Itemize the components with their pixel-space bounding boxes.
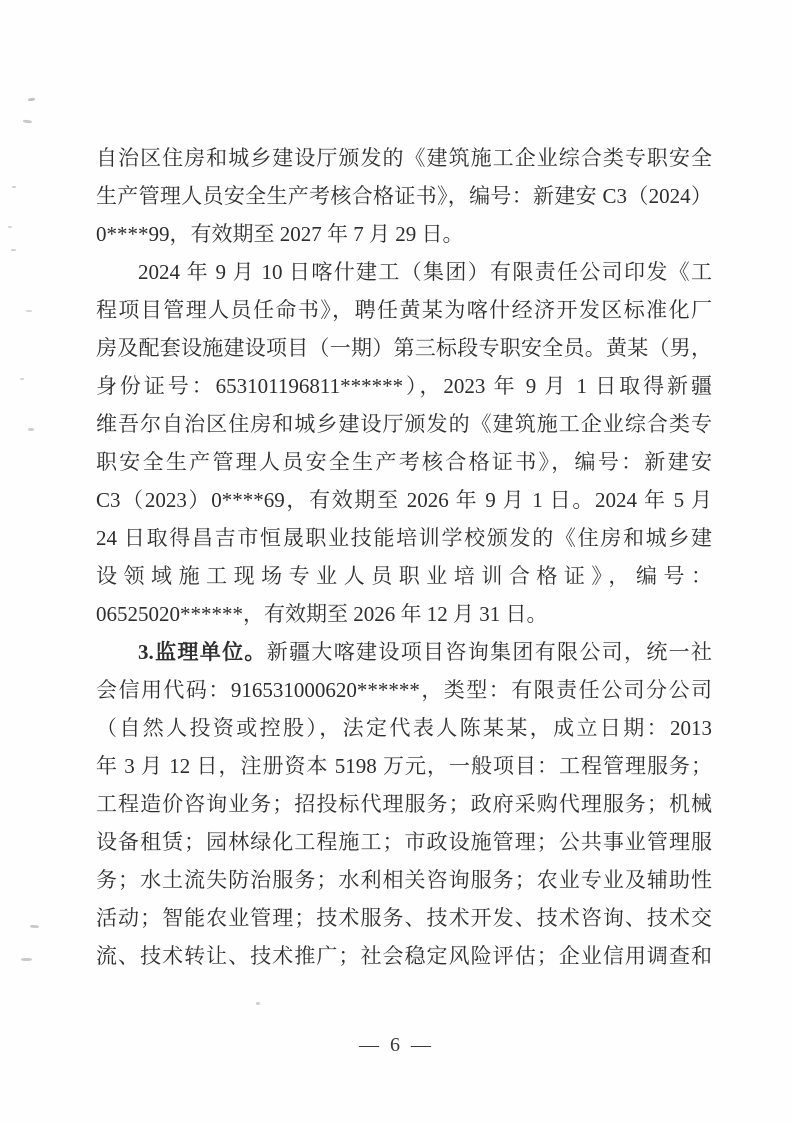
text-line-8: 维吾尔自治区住房和城乡建设厅颁发的《建筑施工企业综合类专	[96, 405, 712, 443]
scan-speck	[12, 186, 16, 188]
text-line-17: 年 3 月 12 日，注册资本 5198 万元，一般项目：工程管理服务；	[96, 747, 712, 785]
text-segment: 程项目管理人员任命书》，聘任黄某为喀什经济开发区标准化厂	[96, 298, 712, 322]
text-segment: 维吾尔自治区住房和城乡建设厅颁发的《建筑施工企业综合类专	[96, 412, 712, 436]
text-line-4: 2024 年 9 月 10 日喀什建工（集团）有限责任公司印发《工	[96, 253, 712, 291]
text-line-13: 06525020******，有效期至 2026 年 12 月 31 日。	[96, 595, 712, 633]
text-segment: C3（2023）0****69，有效期至 2026 年 9 月 1 日。2024…	[96, 488, 712, 512]
scan-speck	[28, 428, 34, 431]
text-line-10: C3（2023）0****69，有效期至 2026 年 9 月 1 日。2024…	[96, 481, 712, 519]
text-line-20: 务；水土流失防治服务；水利相关咨询服务；农业专业及辅助性	[96, 861, 712, 899]
text-segment: 身份证号：653101196811******），2023 年 9 月 1 日取…	[96, 374, 712, 398]
text-line-5: 程项目管理人员任命书》，聘任黄某为喀什经济开发区标准化厂	[96, 291, 712, 329]
text-segment: 职安全生产管理人员安全生产考核合格证书》，编号：新建安	[96, 450, 712, 474]
scan-speck	[256, 1002, 260, 1005]
text-line-7: 身份证号：653101196811******），2023 年 9 月 1 日取…	[96, 367, 712, 405]
scan-speck	[8, 226, 12, 228]
bold-text-segment: 3.监理单位。	[138, 640, 267, 664]
text-segment: 房及配套设施建设项目（一期）第三标段专职安全员。黄某（男，	[96, 336, 712, 360]
text-line-3: 0****99，有效期至 2027 年 7 月 29 日。	[96, 215, 712, 253]
text-segment: 会信用代码：916531000620******，类型：有限责任公司分公司	[96, 678, 712, 702]
scanned-document-page: 自治区住房和城乡建设厅颁发的《建筑施工企业综合类专职安全生产管理人员安全生产考核…	[0, 0, 793, 1122]
text-segment: 设备租赁；园林绿化工程施工；市政设施管理；公共事业管理服	[96, 830, 712, 854]
text-segment: 生产管理人员安全生产考核合格证书》，编号：新建安 C3（2024）	[96, 184, 712, 208]
text-segment: 务；水土流失防治服务；水利相关咨询服务；农业专业及辅助性	[96, 868, 712, 892]
text-segment: 自治区住房和城乡建设厅颁发的《建筑施工企业综合类专职安全	[96, 146, 712, 170]
text-line-15: 会信用代码：916531000620******，类型：有限责任公司分公司	[96, 671, 712, 709]
text-line-21: 活动；智能农业管理；技术服务、技术开发、技术咨询、技术交	[96, 899, 712, 937]
text-line-16: （自然人投资或控股），法定代表人陈某某，成立日期：2013	[96, 709, 712, 747]
text-line-19: 设备租赁；园林绿化工程施工；市政设施管理；公共事业管理服	[96, 823, 712, 861]
page-number: — 6 —	[0, 1034, 793, 1057]
document-body-text: 自治区住房和城乡建设厅颁发的《建筑施工企业综合类专职安全生产管理人员安全生产考核…	[96, 139, 712, 975]
scan-speck	[26, 310, 32, 312]
scan-speck	[30, 925, 39, 929]
text-segment: 06525020******，有效期至 2026 年 12 月 31 日。	[96, 602, 548, 626]
text-line-18: 工程造价咨询业务；招投标代理服务；政府采购代理服务；机械	[96, 785, 712, 823]
text-segment: 年 3 月 12 日，注册资本 5198 万元，一般项目：工程管理服务；	[96, 754, 712, 778]
text-segment: 新疆大喀建设项目咨询集团有限公司，统一社	[267, 640, 712, 664]
text-segment: 2024 年 9 月 10 日喀什建工（集团）有限责任公司印发《工	[138, 260, 712, 284]
text-segment: 设领域施工现场专业人员职业培训合格证》，编号：	[96, 564, 712, 588]
text-line-1: 自治区住房和城乡建设厅颁发的《建筑施工企业综合类专职安全	[96, 139, 712, 177]
scan-speck	[23, 120, 32, 124]
text-line-6: 房及配套设施建设项目（一期）第三标段专职安全员。黄某（男，	[96, 329, 712, 367]
text-line-9: 职安全生产管理人员安全生产考核合格证书》，编号：新建安	[96, 443, 712, 481]
text-line-2: 生产管理人员安全生产考核合格证书》，编号：新建安 C3（2024）	[96, 177, 712, 215]
text-segment: 24 日取得昌吉市恒晟职业技能培训学校颁发的《住房和城乡建	[96, 526, 712, 550]
text-line-22: 流、技术转让、技术推广；社会稳定风险评估；企业信用调查和	[96, 937, 712, 975]
text-segment: （自然人投资或控股），法定代表人陈某某，成立日期：2013	[96, 716, 712, 740]
scan-speck	[11, 249, 16, 251]
scan-speck	[20, 378, 24, 380]
text-segment: 工程造价咨询业务；招投标代理服务；政府采购代理服务；机械	[96, 792, 712, 816]
text-line-14: 3.监理单位。新疆大喀建设项目咨询集团有限公司，统一社	[96, 633, 712, 671]
text-segment: 0****99，有效期至 2027 年 7 月 29 日。	[96, 222, 464, 246]
text-segment: 流、技术转让、技术推广；社会稳定风险评估；企业信用调查和	[96, 944, 712, 968]
text-segment: 活动；智能农业管理；技术服务、技术开发、技术咨询、技术交	[96, 906, 712, 930]
text-line-11: 24 日取得昌吉市恒晟职业技能培训学校颁发的《住房和城乡建	[96, 519, 712, 557]
scan-speck	[28, 98, 35, 102]
text-line-12: 设领域施工现场专业人员职业培训合格证》，编号：	[96, 557, 712, 595]
scan-speck	[21, 958, 32, 961]
